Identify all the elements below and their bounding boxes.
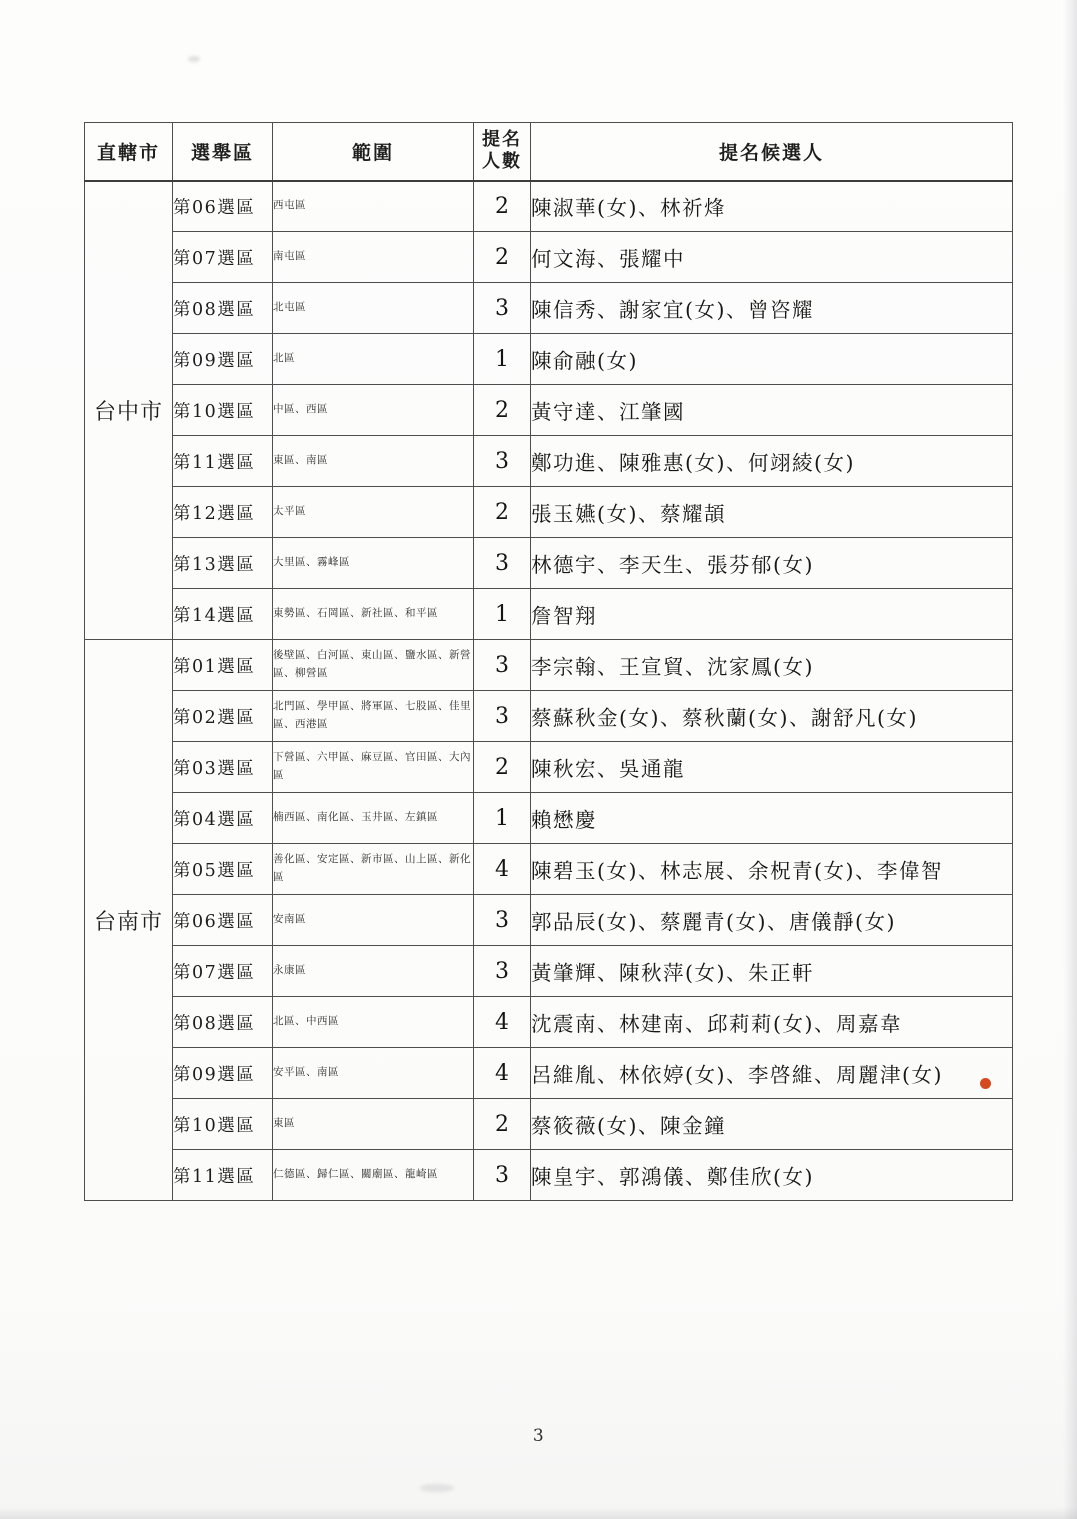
scope-cell: 北門區、學甲區、將軍區、七股區、佳里區、西港區: [273, 691, 474, 742]
scope-cell: 西屯區: [273, 181, 474, 232]
district-cell: 第11選區: [173, 1150, 273, 1201]
candidates-cell: 郭品辰(女)、蔡麗青(女)、唐儀靜(女): [531, 895, 1013, 946]
district-cell: 第01選區: [173, 640, 273, 691]
count-cell: 4: [474, 997, 531, 1048]
header-municipality: 直轄市: [85, 123, 173, 181]
count-cell: 3: [474, 283, 531, 334]
candidates-cell: 黃守達、江肇國: [531, 385, 1013, 436]
scan-edge-bottom: [0, 1507, 1077, 1519]
district-cell: 第08選區: [173, 997, 273, 1048]
district-cell: 第11選區: [173, 436, 273, 487]
table-row: 台中市第06選區西屯區2陳淑華(女)、林祈烽: [85, 181, 1013, 232]
candidates-cell: 蔡筱薇(女)、陳金鐘: [531, 1099, 1013, 1150]
scanned-document-page: 直轄市 選舉區 範圍 提名 人數 提名候選人 台中市第06選區西屯區2陳淑華(女…: [0, 0, 1077, 1519]
count-cell: 1: [474, 589, 531, 640]
count-cell: 3: [474, 1150, 531, 1201]
scope-cell: 仁德區、歸仁區、關廟區、龍崎區: [273, 1150, 474, 1201]
count-cell: 1: [474, 793, 531, 844]
header-candidates: 提名候選人: [531, 123, 1013, 181]
table-row: 第07選區南屯區2何文海、張耀中: [85, 232, 1013, 283]
municipality-cell: 台南市: [85, 640, 173, 1201]
scope-cell: 太平區: [273, 487, 474, 538]
scope-cell: 中區、西區: [273, 385, 474, 436]
candidates-cell: 陳碧玉(女)、林志展、余柷青(女)、李偉智: [531, 844, 1013, 895]
count-cell: 3: [474, 538, 531, 589]
count-cell: 4: [474, 844, 531, 895]
header-nominee-count-line1: 提名: [474, 129, 530, 152]
red-dot-annotation: [980, 1078, 991, 1089]
nomination-table: 直轄市 選舉區 範圍 提名 人數 提名候選人 台中市第06選區西屯區2陳淑華(女…: [84, 122, 1013, 1201]
candidates-cell: 沈震南、林建南、邱莉莉(女)、周嘉韋: [531, 997, 1013, 1048]
scope-cell: 後壁區、白河區、東山區、鹽水區、新營區、柳營區: [273, 640, 474, 691]
candidates-cell: 鄭功進、陳雅惠(女)、何翊綾(女): [531, 436, 1013, 487]
district-cell: 第07選區: [173, 946, 273, 997]
candidates-cell: 賴懋慶: [531, 793, 1013, 844]
count-cell: 4: [474, 1048, 531, 1099]
district-cell: 第09選區: [173, 334, 273, 385]
candidates-cell: 詹智翔: [531, 589, 1013, 640]
scope-cell: 大里區、霧峰區: [273, 538, 474, 589]
count-cell: 1: [474, 334, 531, 385]
count-cell: 3: [474, 946, 531, 997]
candidates-cell: 陳俞融(女): [531, 334, 1013, 385]
table-row: 台南市第01選區後壁區、白河區、東山區、鹽水區、新營區、柳營區3李宗翰、王宣貿、…: [85, 640, 1013, 691]
table-header: 直轄市 選舉區 範圍 提名 人數 提名候選人: [85, 123, 1013, 181]
scan-edge-right: [1063, 0, 1077, 1519]
header-scope: 範圍: [273, 123, 474, 181]
table-body: 台中市第06選區西屯區2陳淑華(女)、林祈烽第07選區南屯區2何文海、張耀中第0…: [85, 181, 1013, 1201]
header-nominee-count-line2: 人數: [474, 151, 530, 174]
candidates-cell: 陳淑華(女)、林祈烽: [531, 181, 1013, 232]
table-row: 第10選區東區2蔡筱薇(女)、陳金鐘: [85, 1099, 1013, 1150]
scope-cell: 東區: [273, 1099, 474, 1150]
header-row: 直轄市 選舉區 範圍 提名 人數 提名候選人: [85, 123, 1013, 181]
count-cell: 3: [474, 691, 531, 742]
table-row: 第04選區楠西區、南化區、玉井區、左鎮區1賴懋慶: [85, 793, 1013, 844]
candidates-cell: 陳信秀、謝家宜(女)、曾咨耀: [531, 283, 1013, 334]
district-cell: 第10選區: [173, 385, 273, 436]
page-number: 3: [0, 1426, 1077, 1446]
scope-cell: 北區: [273, 334, 474, 385]
table-row: 第09選區北區1陳俞融(女): [85, 334, 1013, 385]
table-row: 第02選區北門區、學甲區、將軍區、七股區、佳里區、西港區3蔡蘇秋金(女)、蔡秋蘭…: [85, 691, 1013, 742]
scope-cell: 安平區、南區: [273, 1048, 474, 1099]
table-row: 第14選區東勢區、石岡區、新社區、和平區1詹智翔: [85, 589, 1013, 640]
district-cell: 第07選區: [173, 232, 273, 283]
scope-cell: 北區、中西區: [273, 997, 474, 1048]
table-row: 第03選區下營區、六甲區、麻豆區、官田區、大內區2陳秋宏、吳通龍: [85, 742, 1013, 793]
municipality-cell: 台中市: [85, 181, 173, 640]
candidates-cell: 蔡蘇秋金(女)、蔡秋蘭(女)、謝舒凡(女): [531, 691, 1013, 742]
table-row: 第08選區北區、中西區4沈震南、林建南、邱莉莉(女)、周嘉韋: [85, 997, 1013, 1048]
district-cell: 第14選區: [173, 589, 273, 640]
count-cell: 2: [474, 487, 531, 538]
count-cell: 2: [474, 232, 531, 283]
table-row: 第06選區安南區3郭品辰(女)、蔡麗青(女)、唐儀靜(女): [85, 895, 1013, 946]
table-row: 第13選區大里區、霧峰區3林德宇、李天生、張芬郁(女): [85, 538, 1013, 589]
scope-cell: 永康區: [273, 946, 474, 997]
header-district: 選舉區: [173, 123, 273, 181]
candidates-cell: 林德宇、李天生、張芬郁(女): [531, 538, 1013, 589]
candidates-cell: 張玉嬿(女)、蔡耀頡: [531, 487, 1013, 538]
scan-artifact: [188, 56, 200, 62]
count-cell: 2: [474, 1099, 531, 1150]
table-row: 第11選區仁德區、歸仁區、關廟區、龍崎區3陳皇宇、郭鴻儀、鄭佳欣(女): [85, 1150, 1013, 1201]
candidates-cell: 黃肇輝、陳秋萍(女)、朱正軒: [531, 946, 1013, 997]
district-cell: 第13選區: [173, 538, 273, 589]
district-cell: 第06選區: [173, 181, 273, 232]
district-cell: 第12選區: [173, 487, 273, 538]
header-nominee-count: 提名 人數: [474, 123, 531, 181]
scope-cell: 東區、南區: [273, 436, 474, 487]
table-row: 第09選區安平區、南區4呂維胤、林依婷(女)、李啓維、周麗津(女): [85, 1048, 1013, 1099]
table-row: 第10選區中區、西區2黃守達、江肇國: [85, 385, 1013, 436]
scope-cell: 北屯區: [273, 283, 474, 334]
scope-cell: 南屯區: [273, 232, 474, 283]
scope-cell: 安南區: [273, 895, 474, 946]
candidates-cell: 何文海、張耀中: [531, 232, 1013, 283]
candidates-cell: 李宗翰、王宣貿、沈家鳳(女): [531, 640, 1013, 691]
scope-cell: 東勢區、石岡區、新社區、和平區: [273, 589, 474, 640]
district-cell: 第09選區: [173, 1048, 273, 1099]
scope-cell: 楠西區、南化區、玉井區、左鎮區: [273, 793, 474, 844]
count-cell: 3: [474, 895, 531, 946]
table-row: 第12選區太平區2張玉嬿(女)、蔡耀頡: [85, 487, 1013, 538]
district-cell: 第10選區: [173, 1099, 273, 1150]
count-cell: 3: [474, 436, 531, 487]
scope-cell: 善化區、安定區、新市區、山上區、新化區: [273, 844, 474, 895]
district-cell: 第05選區: [173, 844, 273, 895]
table-row: 第08選區北屯區3陳信秀、謝家宜(女)、曾咨耀: [85, 283, 1013, 334]
count-cell: 2: [474, 181, 531, 232]
candidates-cell: 陳秋宏、吳通龍: [531, 742, 1013, 793]
table-row: 第07選區永康區3黃肇輝、陳秋萍(女)、朱正軒: [85, 946, 1013, 997]
table-row: 第05選區善化區、安定區、新市區、山上區、新化區4陳碧玉(女)、林志展、余柷青(…: [85, 844, 1013, 895]
district-cell: 第08選區: [173, 283, 273, 334]
candidates-cell: 陳皇宇、郭鴻儀、鄭佳欣(女): [531, 1150, 1013, 1201]
district-cell: 第03選區: [173, 742, 273, 793]
count-cell: 2: [474, 385, 531, 436]
table-row: 第11選區東區、南區3鄭功進、陳雅惠(女)、何翊綾(女): [85, 436, 1013, 487]
candidates-cell: 呂維胤、林依婷(女)、李啓維、周麗津(女): [531, 1048, 1013, 1099]
district-cell: 第06選區: [173, 895, 273, 946]
scan-artifact: [420, 1484, 454, 1492]
count-cell: 3: [474, 640, 531, 691]
count-cell: 2: [474, 742, 531, 793]
district-cell: 第02選區: [173, 691, 273, 742]
scope-cell: 下營區、六甲區、麻豆區、官田區、大內區: [273, 742, 474, 793]
district-cell: 第04選區: [173, 793, 273, 844]
